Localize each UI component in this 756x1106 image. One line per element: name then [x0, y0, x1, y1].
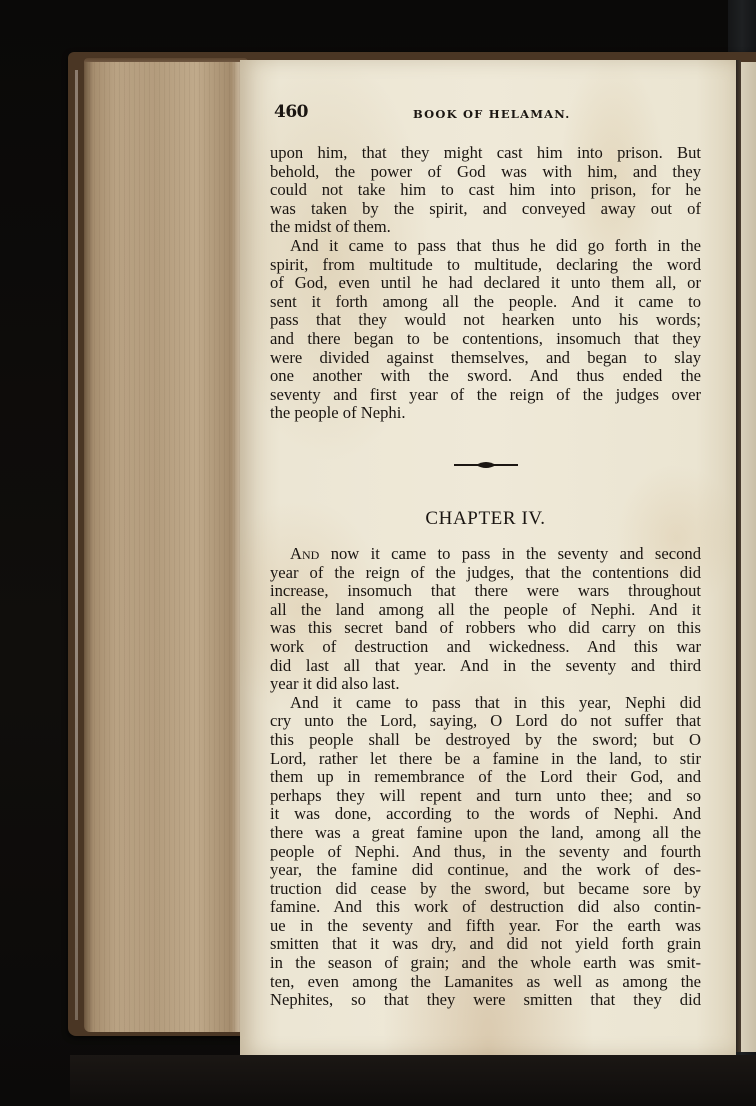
text-line: the people of Nephi.	[270, 404, 701, 423]
text-line: was taken by the spirit, and conveyed aw…	[270, 200, 701, 219]
text-line: increase, insomuch that there were wars …	[270, 582, 701, 601]
text-line: famine. And this work of destruction did…	[270, 898, 701, 917]
background-bottom	[70, 1055, 756, 1106]
text-line: did last all that year. And in the seven…	[270, 657, 701, 676]
text-line: smitten that it was dry, and did not yie…	[270, 935, 701, 954]
text-line: all the land among all the people of Nep…	[270, 601, 701, 620]
cover-edge	[75, 70, 78, 1020]
running-title: BOOK OF HELAMAN.	[413, 107, 570, 121]
text-line: Lord, rather let there be a famine in th…	[270, 750, 701, 769]
text-line-rest: now it came to pass in the seventy and s…	[331, 544, 701, 563]
paragraph: upon him, that they might cast him into …	[270, 144, 701, 237]
page-block-edge	[84, 62, 244, 1032]
text-line: behold, the power of God was with him, a…	[270, 163, 701, 182]
chapter-title: CHAPTER IV.	[270, 508, 701, 530]
text-line: truction did cease by the sword, but bec…	[270, 880, 701, 899]
page-text-bottom: And now it came to pass in the seventy a…	[270, 545, 701, 1010]
page-text-top: 460 BOOK OF HELAMAN. upon him, that they…	[270, 100, 701, 423]
text-line: one another with the sword. And thus end…	[270, 367, 701, 386]
text-line: year of the reign of the judges, that th…	[270, 564, 701, 583]
text-line: of God, even until he had declared it un…	[270, 274, 701, 293]
text-line: the midst of them.	[270, 218, 701, 237]
text-line: And now it came to pass in the seventy a…	[270, 545, 701, 564]
text-line: were divided against themselves, and beg…	[270, 349, 701, 368]
text-line: ue in the seventy and fifth year. For th…	[270, 917, 701, 936]
text-line: them up in remembrance of the Lord their…	[270, 768, 701, 787]
text-line: And it came to pass that thus he did go …	[270, 237, 701, 256]
text-line: ten, even among the Lamanites as well as…	[270, 973, 701, 992]
text-line: in the season of grain; and the whole ea…	[270, 954, 701, 973]
section-divider-ornament	[454, 459, 518, 471]
text-line: was this secret band of robbers who did …	[270, 619, 701, 638]
text-line: could not take him to cast him into pris…	[270, 181, 701, 200]
text-line: seventy and first year of the reign of t…	[270, 386, 701, 405]
paragraph: And it came to pass that thus he did go …	[270, 237, 701, 423]
text-line: year, the famine did continue, and the w…	[270, 861, 701, 880]
text-line: upon him, that they might cast him into …	[270, 144, 701, 163]
paragraph: And it came to pass that in this year, N…	[270, 694, 701, 1010]
text-line: And it came to pass that in this year, N…	[270, 694, 701, 713]
text-line: and there began to be contentions, insom…	[270, 330, 701, 349]
text-line: Nephites, so that they were smitten that…	[270, 991, 701, 1010]
page-number: 460	[274, 102, 308, 122]
text-line: cry unto the Lord, saying, O Lord do not…	[270, 712, 701, 731]
text-line: work of destruction and wickedness. And …	[270, 638, 701, 657]
facing-page-edge	[741, 62, 756, 1052]
opening-word: And	[290, 544, 319, 563]
text-line: spirit, from multitude to multitude, dec…	[270, 256, 701, 275]
paragraph: And now it came to pass in the seventy a…	[270, 545, 701, 694]
book-photo-scene: 460 BOOK OF HELAMAN. upon him, that they…	[0, 0, 756, 1106]
text-line: people of Nephi. And thus, in the sevent…	[270, 843, 701, 862]
text-line: it was done, according to the words of N…	[270, 805, 701, 824]
running-head: 460 BOOK OF HELAMAN.	[270, 100, 701, 122]
text-line: pass that they would not hearken unto hi…	[270, 311, 701, 330]
text-line: year it did also last.	[270, 675, 701, 694]
text-line: sent it forth among all the people. And …	[270, 293, 701, 312]
text-line: perhaps they will repent and turn unto t…	[270, 787, 701, 806]
text-line: there was a great famine upon the land, …	[270, 824, 701, 843]
text-line: this people shall be destroyed by the sw…	[270, 731, 701, 750]
